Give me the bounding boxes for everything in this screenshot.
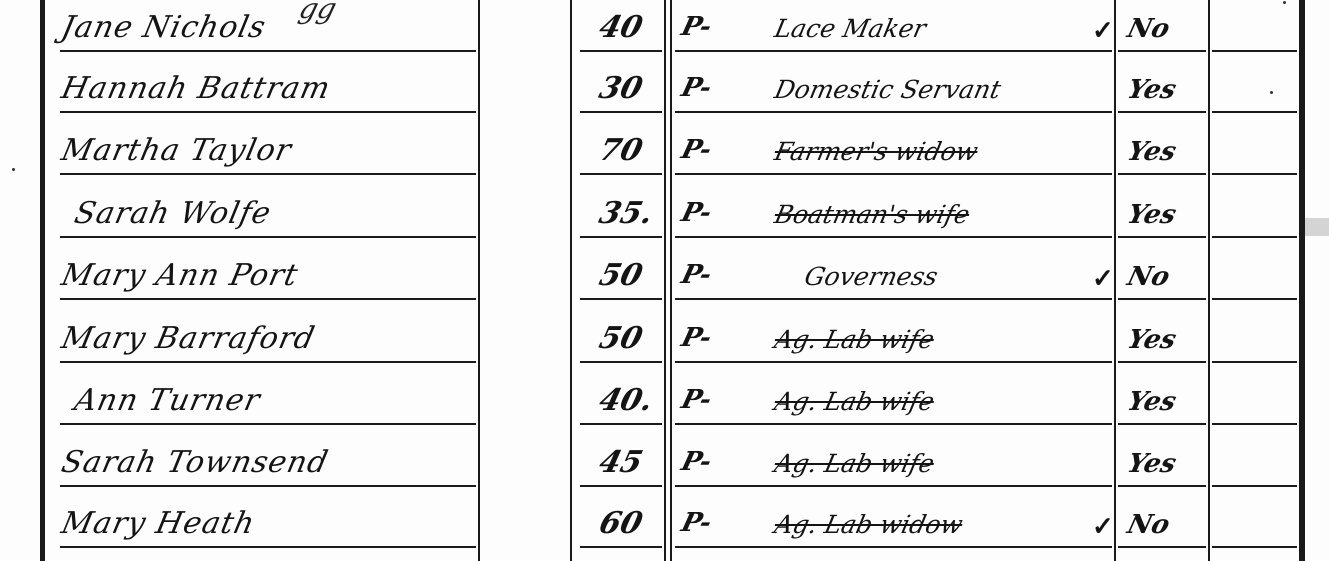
row-rule: [1118, 423, 1206, 425]
row-name: Mary Ann Port: [58, 258, 301, 293]
row-rule: [1212, 173, 1297, 175]
row-rule: [580, 485, 662, 487]
row-occupation: Governess: [802, 262, 941, 291]
row-rule: [675, 361, 1112, 363]
row-rule: [1212, 236, 1297, 238]
row-occupation: Ag. Lab wife: [772, 387, 937, 416]
row-rule: [1118, 236, 1206, 238]
row-rule: [580, 298, 662, 300]
row-rule: [1212, 111, 1297, 113]
row-answer: No: [1124, 510, 1173, 540]
row-place-mark: P-: [678, 12, 714, 42]
row-rule: [675, 423, 1112, 425]
col-divider-blank: [570, 0, 572, 561]
row-place-mark: P-: [678, 323, 714, 353]
row-age: 45: [596, 445, 646, 480]
row-rule: [580, 423, 662, 425]
row-answer: Yes: [1124, 137, 1179, 167]
row-rule: [580, 546, 662, 548]
row-answer: Yes: [1124, 387, 1179, 417]
row-place-mark: P-: [678, 135, 714, 165]
row-rule: [1118, 546, 1206, 548]
row-age: 60: [596, 506, 646, 541]
row-age: 70: [596, 133, 646, 168]
row-age: 50: [596, 258, 646, 293]
row-rule: [60, 298, 476, 300]
row-place-mark: P-: [678, 447, 714, 477]
col-divider-age-a: [664, 0, 666, 561]
col-divider-name: [478, 0, 480, 561]
row-place-mark: P-: [678, 508, 714, 538]
row-rule: [1118, 485, 1206, 487]
row-rule: [1212, 485, 1297, 487]
row-name: Martha Taylor: [58, 133, 295, 168]
left-border: [40, 0, 45, 561]
row-age: 40: [596, 10, 646, 45]
row-rule: [1212, 298, 1297, 300]
row-occupation: Domestic Servant: [772, 75, 1004, 104]
row-rule: [60, 546, 476, 548]
row-answer: Yes: [1124, 449, 1179, 479]
ink-dot: [1270, 91, 1273, 94]
row-rule: [1212, 361, 1297, 363]
row-rule: [60, 361, 476, 363]
row-rule: [1212, 50, 1297, 52]
row-occupation: Ag. Lab widow: [772, 510, 965, 539]
row-rule: [1118, 361, 1206, 363]
row-rule: [675, 173, 1112, 175]
row-answer: Yes: [1124, 325, 1179, 355]
row-rule: [1118, 173, 1206, 175]
row-name: Sarah Townsend: [58, 445, 331, 480]
row-name: Ann Turner: [71, 383, 263, 418]
row-answer: Yes: [1124, 75, 1179, 105]
row-rule: [1212, 546, 1297, 548]
row-rule: [675, 236, 1112, 238]
row-rule: [60, 485, 476, 487]
tick-mark-icon: ✓: [1092, 512, 1114, 542]
row-place-mark: P-: [678, 198, 714, 228]
col-divider-occupation: [1114, 0, 1116, 561]
row-rule: [60, 236, 476, 238]
scan-smudge: [1305, 218, 1329, 236]
row-answer: Yes: [1124, 200, 1179, 230]
col-divider-answer: [1208, 0, 1210, 561]
tick-mark-icon: ✓: [1092, 16, 1114, 46]
col-divider-age-b: [670, 0, 672, 561]
row-rule: [60, 173, 476, 175]
row-name: Jane Nichols: [58, 10, 269, 45]
row-name: Mary Heath: [58, 506, 258, 541]
row-rule: [675, 111, 1112, 113]
row-occupation: Ag. Lab wife: [772, 449, 937, 478]
tick-mark-icon: ✓: [1092, 264, 1114, 294]
header-fragment: gg: [296, 0, 341, 25]
census-page: gg Jane Nichols40P-Lace Maker✓NoHannah B…: [0, 0, 1329, 561]
row-rule: [580, 361, 662, 363]
row-rule: [675, 50, 1112, 52]
row-age: 35.: [596, 196, 657, 231]
row-rule: [1118, 111, 1206, 113]
row-rule: [60, 50, 476, 52]
row-name: Hannah Battram: [58, 71, 334, 106]
row-rule: [580, 111, 662, 113]
row-rule: [1118, 298, 1206, 300]
row-rule: [675, 546, 1112, 548]
row-rule: [580, 236, 662, 238]
row-name: Mary Barraford: [58, 321, 318, 356]
row-name: Sarah Wolfe: [71, 196, 274, 231]
row-rule: [580, 173, 662, 175]
row-rule: [60, 423, 476, 425]
ink-dot: [1283, 1, 1286, 4]
right-border: [1299, 0, 1305, 561]
row-occupation: Lace Maker: [772, 14, 929, 43]
row-answer: No: [1124, 14, 1173, 44]
row-rule: [60, 111, 476, 113]
ink-dot: [12, 168, 15, 171]
row-occupation: Farmer's widow: [772, 137, 981, 166]
row-age: 30: [596, 71, 646, 106]
row-answer: No: [1124, 262, 1173, 292]
row-occupation: Ag. Lab wife: [772, 325, 937, 354]
row-place-mark: P-: [678, 385, 714, 415]
row-place-mark: P-: [678, 73, 714, 103]
row-rule: [1118, 50, 1206, 52]
row-rule: [580, 50, 662, 52]
row-age: 50: [596, 321, 646, 356]
row-rule: [675, 485, 1112, 487]
row-occupation: Boatman's wife: [772, 200, 972, 229]
row-rule: [1212, 423, 1297, 425]
row-place-mark: P-: [678, 260, 714, 290]
row-rule: [675, 298, 1112, 300]
row-age: 40.: [596, 383, 657, 418]
